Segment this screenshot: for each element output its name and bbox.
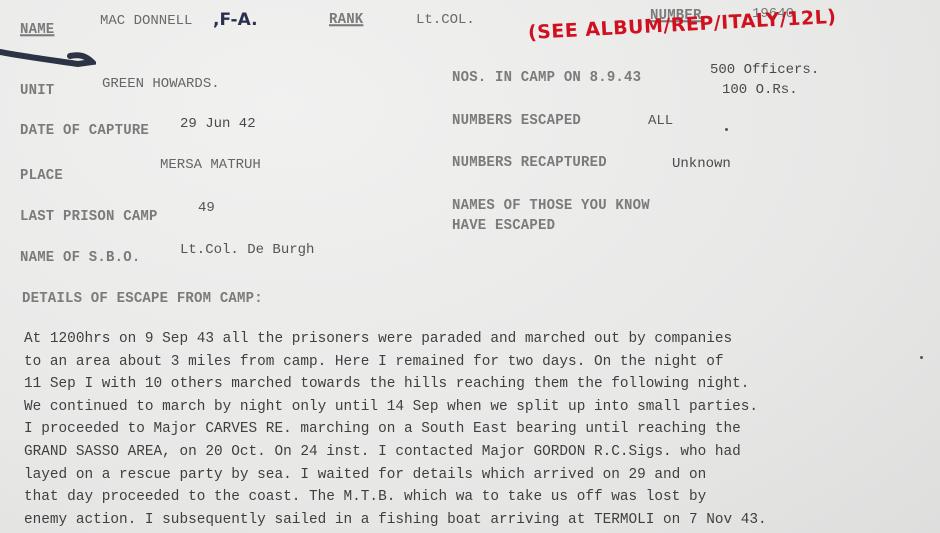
name-handwritten-initials: ,F-A.: [213, 10, 258, 30]
ink-dot: [725, 128, 728, 131]
name-value: MAC DONNELL: [100, 13, 192, 29]
place-label: PLACE: [20, 168, 63, 185]
unit-value: GREEN HOWARDS.: [102, 76, 220, 92]
escape-details-paragraph: At 1200hrs on 9 Sep 43 all the prisoners…: [24, 328, 934, 531]
place-value: MERSA MATRUH: [160, 157, 261, 173]
sbo-label: NAME OF S.B.O.: [20, 250, 140, 267]
details-line: to an area about 3 miles from camp. Here…: [24, 351, 934, 374]
nos-in-camp-officers: 500 Officers.: [710, 62, 819, 78]
nos-in-camp-other-ranks: 100 O.Rs.: [722, 82, 798, 98]
details-line: At 1200hrs on 9 Sep 43 all the prisoners…: [24, 328, 934, 351]
document-page: NAME MAC DONNELL ,F-A. RANK Lt.COL. NUMB…: [0, 0, 940, 533]
details-heading: DETAILS OF ESCAPE FROM CAMP:: [22, 291, 263, 308]
details-line: that day proceeded to the coast. The M.T…: [24, 486, 934, 509]
sbo-value: Lt.Col. De Burgh: [180, 242, 314, 258]
names-escaped-label-line1: NAMES OF THOSE YOU KNOW: [452, 198, 650, 215]
date-of-capture-label: DATE OF CAPTURE: [20, 123, 149, 140]
details-line: I proceeded to Major CARVES RE. marching…: [24, 418, 934, 441]
ink-dot: [920, 356, 923, 359]
details-line: layed on a rescue party by sea. I waited…: [24, 464, 934, 487]
details-line: We continued to march by night only unti…: [24, 396, 934, 419]
last-prison-camp-label: LAST PRISON CAMP: [20, 209, 158, 226]
rank-value: Lt.COL.: [416, 12, 475, 28]
last-prison-camp-value: 49: [198, 200, 215, 216]
nos-in-camp-label: NOS. IN CAMP ON 8.9.43: [452, 70, 641, 87]
pen-stroke-mark: [0, 46, 96, 70]
numbers-recaptured-value: Unknown: [672, 156, 731, 172]
name-label: NAME: [20, 22, 54, 39]
date-of-capture-value: 29 Jun 42: [180, 116, 256, 132]
details-line: GRAND SASSO AREA, on 20 Oct. On 24 inst.…: [24, 441, 934, 464]
rank-label: RANK: [329, 12, 363, 29]
unit-label: UNIT: [20, 83, 54, 100]
names-escaped-label-line2: HAVE ESCAPED: [452, 218, 555, 235]
details-line: enemy action. I subsequently sailed in a…: [24, 509, 934, 532]
numbers-escaped-label: NUMBERS ESCAPED: [452, 113, 581, 130]
numbers-escaped-value: ALL: [648, 113, 673, 129]
numbers-recaptured-label: NUMBERS RECAPTURED: [452, 155, 607, 172]
details-line: 11 Sep I with 10 others marched towards …: [24, 373, 934, 396]
